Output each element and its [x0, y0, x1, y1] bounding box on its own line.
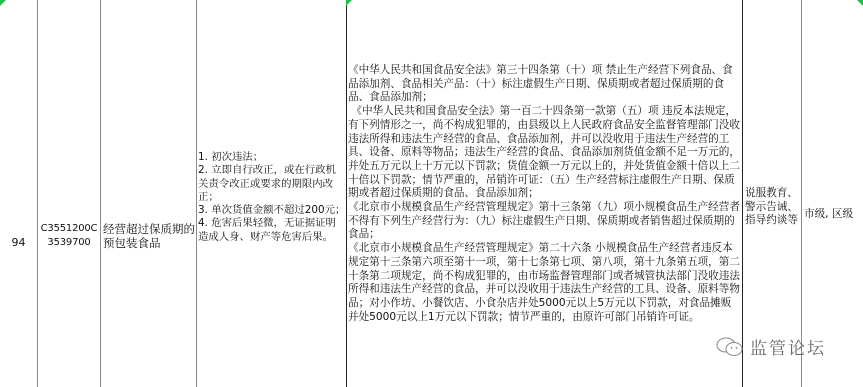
row-number-cell[interactable]: 94	[0, 236, 37, 250]
column-divider	[196, 0, 197, 387]
column-divider	[801, 0, 802, 387]
jurisdiction-level-cell[interactable]: 市级, 区级	[804, 208, 863, 222]
mitigating-conditions-cell[interactable]: 1. 初次违法； 2. 立即自行改正，或在行政机关责令改正或要求的期限内改正； …	[198, 151, 346, 244]
watermark-text: 监管论坛	[750, 334, 826, 359]
watermark: 监管论坛	[716, 334, 826, 359]
item-name-cell[interactable]: 经营超过保质期的预包装食品	[101, 222, 198, 250]
wechat-icon	[716, 336, 744, 358]
item-code-cell[interactable]: C3551200C 3539700	[38, 222, 100, 250]
comment-marker-icon[interactable]	[0, 0, 6, 6]
legal-basis-cell[interactable]: 《中华人民共和国食品安全法》第三十四条第（十）项 禁止生产经营下列食品、食品添加…	[348, 64, 740, 324]
column-divider	[346, 0, 347, 387]
spreadsheet-row: 94 C3551200C 3539700 经营超过保质期的预包装食品 1. 初次…	[0, 0, 863, 387]
measures-cell[interactable]: 说服教育、警示告诫、指导约谈等	[743, 187, 800, 228]
column-divider	[37, 0, 38, 387]
comment-marker-icon[interactable]	[857, 0, 863, 6]
column-divider	[100, 0, 101, 387]
comment-marker-icon[interactable]	[346, 0, 352, 6]
